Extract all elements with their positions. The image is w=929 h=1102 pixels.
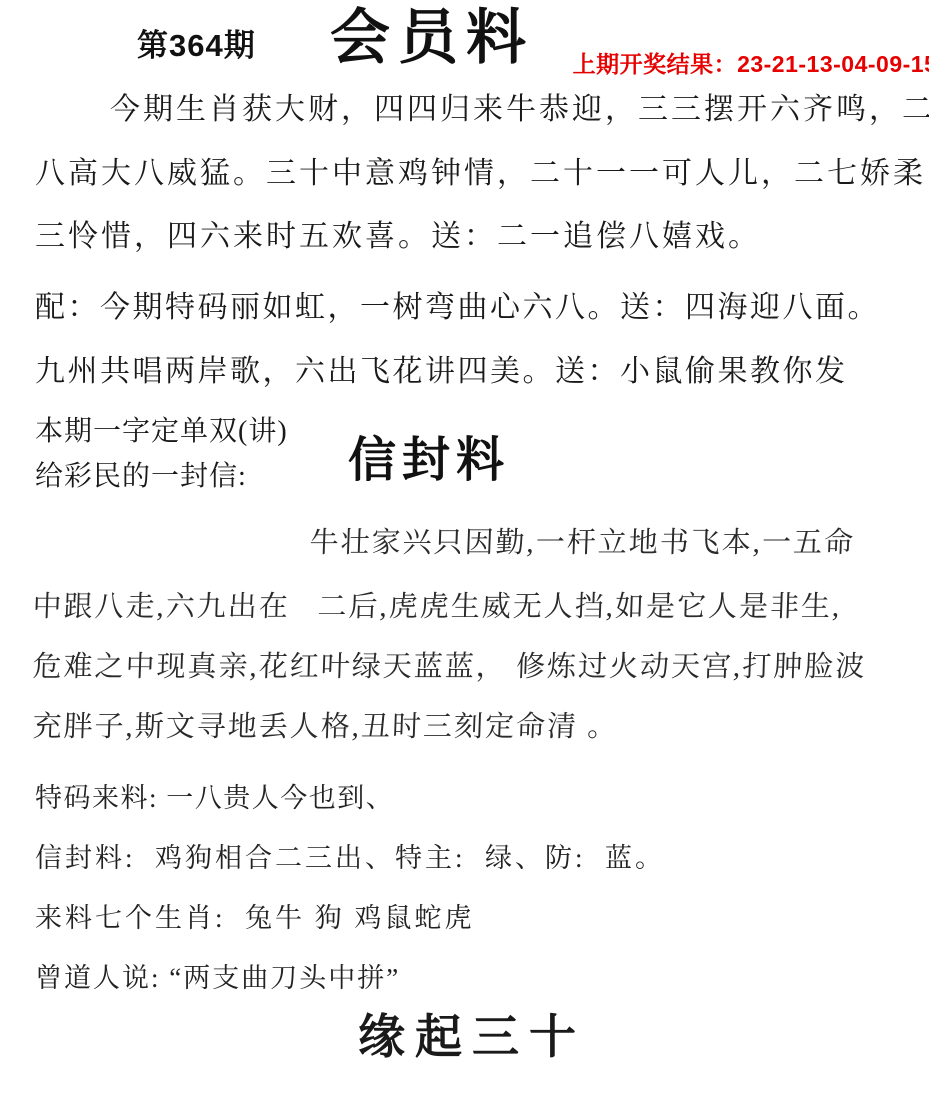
issue-number: 第364期 [137,30,256,61]
letter-line: 牛壮家兴只因勤,一杆立地书飞本,一五命 [309,529,856,558]
letter-line: 充胖子,斯文寻地丢人格,丑时三刻定命清 。 [32,713,619,742]
previous-draw-label: 上期开奖结果： [573,51,738,77]
tip-special-code: 特码来料: 一八贵人今也到、 [35,785,394,812]
previous-draw-result: 上期开奖结果：23-21-13-04-09-15+26 [545,30,929,99]
pei-line: 配：今期特码丽如虹，一树弯曲心六八。送：四海迎八面。 [35,293,880,323]
lottery-tip-sheet: 第364期 会员料 上期开奖结果：23-21-13-04-09-15+26 今期… [0,0,929,1102]
envelope-section-title: 信封料 [348,437,510,485]
poem-line: 三怜惜，四六来时五欢喜。送：二一追偿八嬉戏。 [35,222,761,252]
page-title: 会员料 [330,8,534,68]
pei-line: 九州共唱两岸歌，六出飞花讲四美。送：小鼠偷果教你发 [35,357,848,387]
tip-seven-zodiac: 来料七个生肖: 兔牛 狗 鸡鼠蛇虎 [35,905,475,932]
tip-zengdao: 曾道人说: “两支曲刀头中拼” [35,965,400,992]
previous-draw-numbers: 23-21-13-04-09-15+26 [737,51,929,77]
letter-intro: 给彩民的一封信: [35,463,247,491]
letter-line: 危难之中现真亲,花红叶绿天蓝蓝， 修炼过火动天宫,打肿脸波 [32,653,867,682]
footer-title: 缘起三十 [358,1015,586,1062]
tip-envelope: 信封料: 鸡狗相合二三出、特主: 绿、防: 蓝。 [35,845,665,872]
letter-line: 中跟八走,六九出在 二后,虎虎生威无人挡,如是它人是非生, [32,593,842,622]
poem-line: 今期生肖获大财，四四归来牛恭迎，三三摆开六齐鸣，二 [110,95,929,125]
single-double-line: 本期一字定单双(讲) [35,418,288,446]
poem-line: 八高大八威猛。三十中意鸡钟情，二十一一可人儿，二七娇柔 [35,159,926,189]
